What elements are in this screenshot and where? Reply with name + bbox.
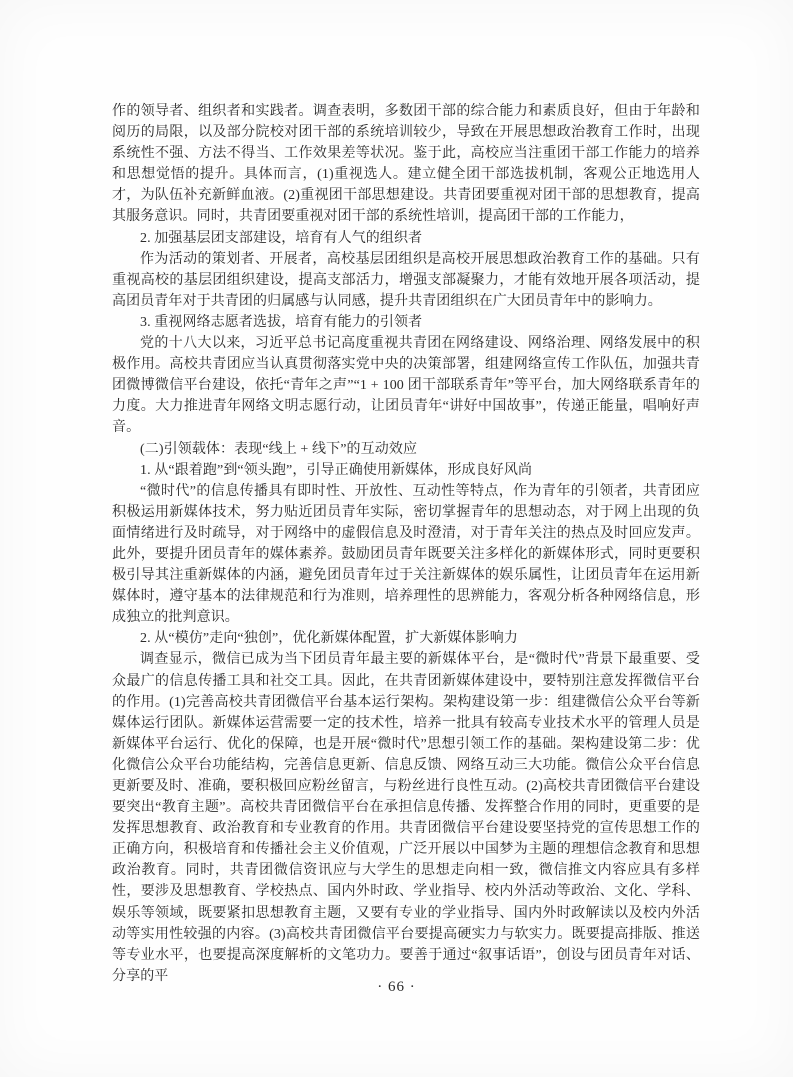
paragraph: 调查显示，微信已成为当下团员青年最主要的新媒体平台，是“微时代”背景下最重要、受…: [112, 649, 700, 987]
section-heading: 3. 重视网络志愿者选拔，培育有能力的引领者: [112, 312, 700, 333]
section-heading: 2. 从“模仿”走向“独创”，优化新媒体配置，扩大新媒体影响力: [112, 628, 700, 649]
scanned-book-page: 作的领导者、组织者和实践者。调查表明，多数团干部的综合能力和素质良好，但由于年龄…: [0, 0, 793, 1077]
paragraph: 作的领导者、组织者和实践者。调查表明，多数团干部的综合能力和素质良好，但由于年龄…: [112, 101, 700, 228]
section-heading: 2. 加强基层团支部建设，培育有人气的组织者: [112, 228, 700, 249]
page-number: · 66 ·: [0, 976, 793, 998]
paragraph: “微时代”的信息传播具有即时性、开放性、互动性等特点，作为青年的引领者，共青团应…: [112, 481, 700, 629]
section-heading: 1. 从“跟着跑”到“领头跑”，引导正确使用新媒体，形成良好风尚: [112, 460, 700, 481]
paragraph: 党的十八大以来，习近平总书记高度重视共青团在网络建设、网络治理、网络发展中的积极…: [112, 333, 700, 438]
paragraph: 作为活动的策划者、开展者，高校基层团组织是高校开展思想政治教育工作的基础。只有重…: [112, 249, 700, 312]
text-block: 作的领导者、组织者和实践者。调查表明，多数团干部的综合能力和素质良好，但由于年龄…: [112, 101, 700, 987]
section-heading: (二)引领载体：表现“线上 + 线下”的互动效应: [112, 439, 700, 460]
